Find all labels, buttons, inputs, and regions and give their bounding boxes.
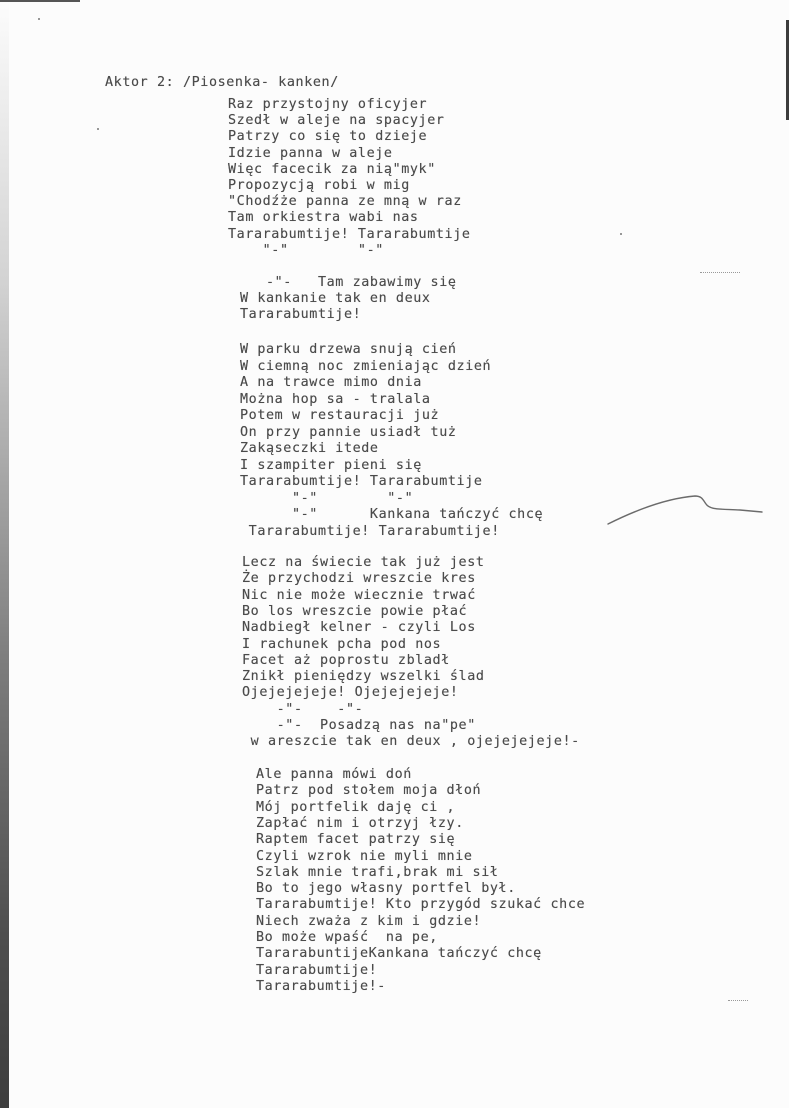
lyric-line: Bo los wreszcie powie płać [242,604,467,620]
lyric-line: I szampiter pieni się [240,458,422,474]
lyric-line: Ojejejejeje! Ojejejejeje! [242,685,459,701]
lyric-line: Tararabumtije! [240,307,361,323]
lyric-line: W kankanie tak en deux [240,291,431,307]
lyric-line: Nadbiegł kelner - czyli Los [242,620,476,636]
lyric-line: "-" "-" [240,491,413,507]
scanned-page: Aktor 2: /Piosenka- kanken/ Raz przystoj… [0,0,789,1108]
lyric-line: Patrzy co się to dzieje [228,129,427,145]
lyric-line: A na trawce mimo dnia [240,375,422,391]
lyric-line: Tam orkiestra wabi nas [228,210,419,226]
lyric-line: "Chodźże panna ze mną w raz [228,194,462,210]
lyric-line: Szlak mnie trafi,brak mi sił [256,865,499,881]
lyric-line: On przy pannie usiadł tuż [240,425,457,441]
dash-mark [728,1000,748,1002]
lyric-line: Patrz pod stołem moja dłoń [256,783,481,799]
lyric-line: Znikł pieniędzy wszelki ślad [242,669,485,685]
lyric-line: Propozycją robi w mig [228,178,410,194]
lyric-line: W parku drzewa snują cień [240,342,457,358]
lyric-line: W ciemną noc zmieniając dzień [240,359,491,375]
lyric-line: Lecz na świecie tak już jest [242,555,485,571]
lyric-line: Potem w restauracji już [240,408,439,424]
lyric-line: Zapłać nim i otrzyj łzy. [256,816,464,832]
dash-mark [700,272,740,274]
lyric-line: "-" "-" [228,243,384,259]
lyric-line: -"- Tam zabawimy się [240,275,457,291]
lyric-line: Tararabumtije!- [256,979,386,995]
lyric-line: Raptem facet patrzy się [256,832,455,848]
lyric-line: Można hop sa - tralala [240,392,431,408]
speck-mark [38,18,40,20]
lyric-line: Zakąseczki itede [240,441,379,457]
lyric-line: "-" Kankana tańczyć chcę [240,507,543,523]
scan-edge-top [0,0,80,2]
lyric-line: Facet aż poprostu zbladł [242,653,450,669]
lyric-line: Ale panna mówi doń [256,767,412,783]
document-heading: Aktor 2: /Piosenka- kanken/ [105,75,339,91]
lyric-line: Bo może wpaść na pe, [256,930,438,946]
lyric-line: Że przychodzi wreszcie kres [242,571,476,587]
lyric-line: Bo to jego własny portfel był. [256,881,516,897]
pen-stroke-mark [600,490,770,530]
lyric-line: Czyli wzrok nie myli mnie [256,849,473,865]
lyric-line: Tararabumtije! Tararabumtije [240,474,483,490]
speck-mark [97,128,99,130]
lyric-line: I rachunek pcha pod nos [242,637,441,653]
lyric-line: Tararabumtije! [256,963,377,979]
lyric-line: Tararabumtije! Tararabumtije [228,227,471,243]
lyric-line: Nic nie może wiecznie trwać [242,588,476,604]
lyric-line: Idzie panna w aleje [228,146,393,162]
lyric-line: Tararabumtije! Kto przygód szukać chce [256,897,585,913]
lyric-line: Raz przystojny oficyjer [228,97,427,113]
speck-mark [620,233,622,235]
lyric-line: TararabuntijeKankana tańczyć chcę [256,946,542,962]
lyric-line: Szedł w aleje na spacyjer [228,113,445,129]
lyric-line: -"- -"- [242,702,363,718]
scan-edge-left [0,0,9,1108]
lyric-line: Tararabumtije! Tararabumtije! [240,524,500,540]
lyric-line: w areszcie tak en deux , ojejejejeje!- [242,734,580,750]
lyric-line: Mój portfelik daję ci , [256,800,455,816]
lyric-line: Więc facecik za nią"myk" [228,162,436,178]
lyric-line: -"- Posadzą nas na"pe" [242,718,476,734]
lyric-line: Niech zważa z kim i gdzie! [256,914,481,930]
